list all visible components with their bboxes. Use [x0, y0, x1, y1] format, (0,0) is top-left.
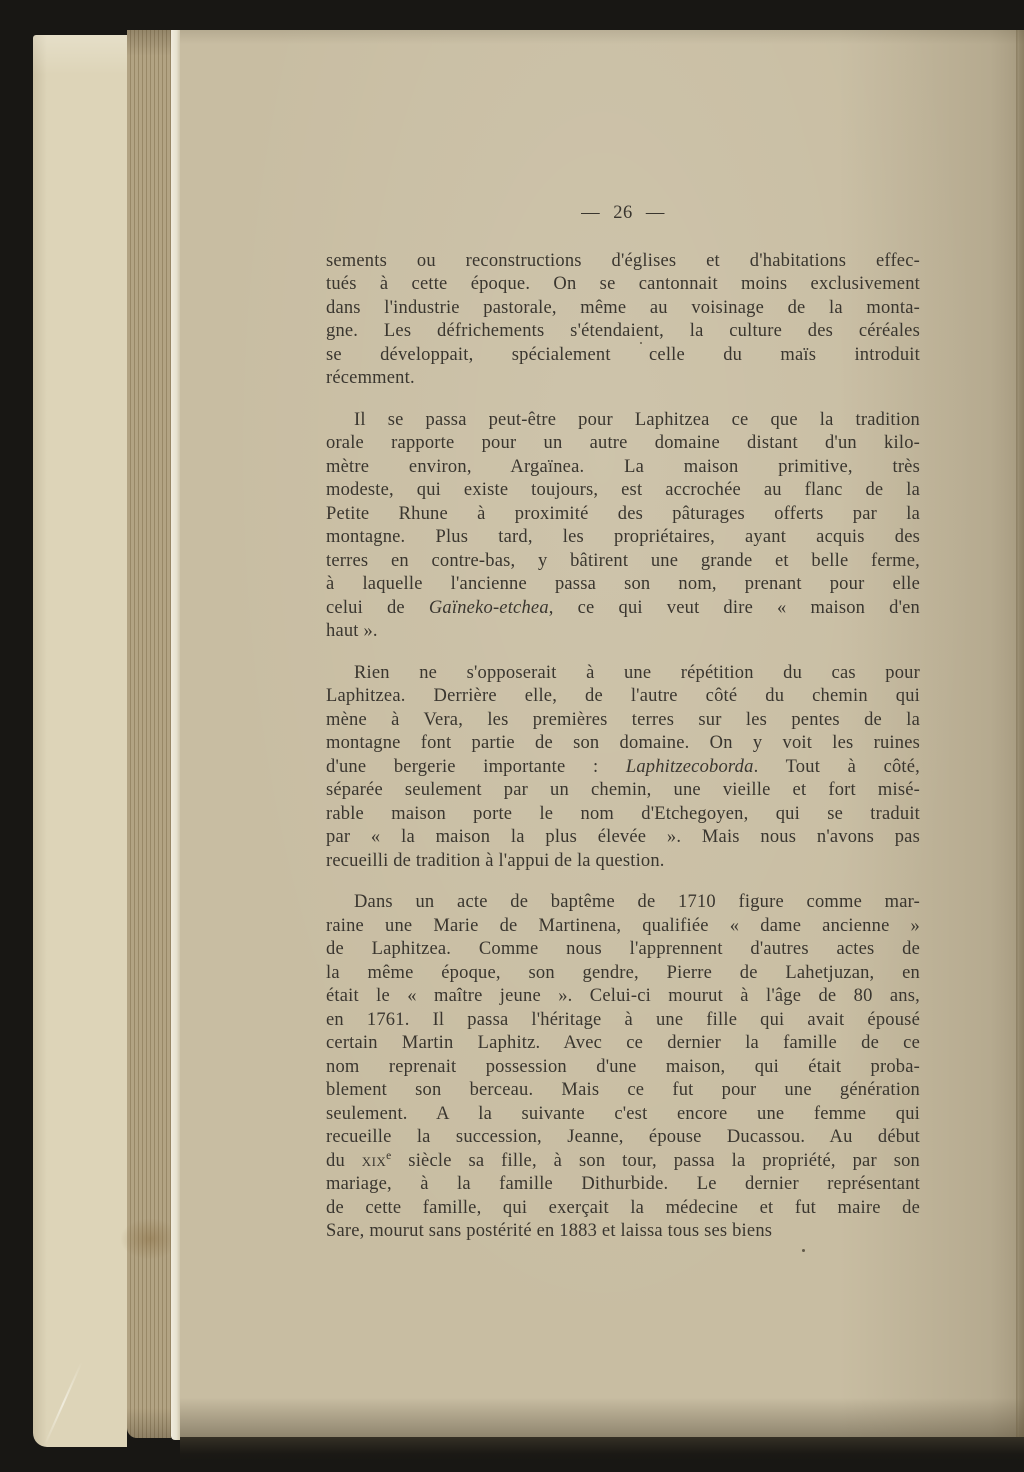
text-segment: orale rapporte pour un autre domaine dis…	[326, 433, 920, 453]
text-segment: à laquelle l'ancienne passa son nom, pre…	[326, 574, 920, 594]
text-segment: dans l'industrie pastorale, même au vois…	[326, 298, 920, 318]
text-segment: nom reprenait possession d'une maison, q…	[326, 1057, 920, 1077]
text-segment: Sare, mourut sans postérité en 1883 et l…	[326, 1221, 772, 1241]
text-line: raine une Marie de Martinena, qualifiée …	[326, 915, 920, 939]
text-segment: mariage, à la famille Dithurbide. Le der…	[326, 1174, 920, 1194]
text-line: de cette famille, qui exerçait la médeci…	[326, 1197, 920, 1221]
text-line: par « la maison la plus élevée ». Mais n…	[326, 826, 920, 850]
text-segment: certain Martin Laphitz. Avec ce dernier …	[326, 1033, 920, 1053]
text-line: Petite Rhune à proximité des pâturages o…	[326, 503, 920, 527]
text-segment: Petite Rhune à proximité des pâturages o…	[326, 504, 920, 524]
text-segment: récemment.	[326, 368, 415, 388]
text-segment: Laphitzea. Derrière elle, de l'autre côt…	[326, 686, 920, 706]
text-line: rable maison porte le nom d'Etchegoyen, …	[326, 803, 920, 827]
text-line: la même époque, son gendre, Pierre de La…	[326, 962, 920, 986]
page-number-header: — 26 —	[326, 202, 920, 226]
text-line: orale rapporte pour un autre domaine dis…	[326, 432, 920, 456]
text-line: montagne font partie de son domaine. On …	[326, 732, 920, 756]
text-segment: sements ou reconstructions d'églises et …	[326, 251, 920, 271]
text-line: Il se passa peut-être pour Laphitzea ce …	[326, 409, 920, 433]
text-segment: montagne. Plus tard, les propriétaires, …	[326, 527, 920, 547]
text-segment: Il se passa peut-être pour Laphitzea ce …	[354, 410, 920, 430]
text-line: du xixe siècle sa fille, à son tour, pas…	[326, 1150, 920, 1174]
text-line: récemment.	[326, 367, 920, 391]
text-line: recueille la succession, Jeanne, épouse …	[326, 1126, 920, 1150]
gutter-fold-line	[1016, 30, 1019, 1440]
paragraph: Il se passa peut-être pour Laphitzea ce …	[326, 409, 920, 644]
text-line: en 1761. Il passa l'héritage à une fille…	[326, 1009, 920, 1033]
text-segment: de cette famille, qui exerçait la médeci…	[326, 1198, 920, 1218]
text-line: d'une bergerie importante : Laphitzecobo…	[326, 756, 920, 780]
text-line: était le « maître jeune ». Celui-ci mour…	[326, 985, 920, 1009]
text-segment: se développait, spécialement celle du ma…	[326, 345, 920, 365]
text-segment: raine une Marie de Martinena, qualifiée …	[326, 916, 920, 936]
text-segment: blement son berceau. Mais ce fut pour un…	[326, 1080, 920, 1100]
text-segment: siècle sa fille, à son tour, passa la pr…	[391, 1151, 920, 1171]
paper-speck	[802, 1249, 805, 1252]
text-segment: mètre environ, Argaïnea. La maison primi…	[326, 457, 920, 477]
text-segment: mène à Vera, les premières terres sur le…	[326, 710, 920, 730]
text-line: Laphitzea. Derrière elle, de l'autre côt…	[326, 685, 920, 709]
text-segment: Laphitzecoborda	[626, 757, 754, 777]
text-segment: . Tout à côté,	[754, 757, 920, 777]
text-segment: Dans un acte de baptême de 1710 figure c…	[354, 892, 920, 912]
text-line: à laquelle l'ancienne passa son nom, pre…	[326, 573, 920, 597]
text-segment: seulement. A la suivante c'est encore un…	[326, 1104, 920, 1124]
text-line: Rien ne s'opposerait à une répétition du…	[326, 662, 920, 686]
paper-speck	[640, 342, 642, 344]
page-separator-strip	[171, 30, 180, 1440]
text-segment: tués à cette époque. On se cantonnait mo…	[326, 274, 920, 294]
text-line: terres en contre-bas, y bâtirent une gra…	[326, 550, 920, 574]
text-segment: Rien ne s'opposerait à une répétition du…	[354, 663, 920, 683]
text-line: sements ou reconstructions d'églises et …	[326, 250, 920, 274]
text-segment: gne. Les défrichements s'étendaient, la …	[326, 321, 920, 341]
text-line: Sare, mourut sans postérité en 1883 et l…	[326, 1220, 920, 1244]
text-line: mètre environ, Argaïnea. La maison primi…	[326, 456, 920, 480]
text-segment: terres en contre-bas, y bâtirent une gra…	[326, 551, 920, 571]
page-text: sements ou reconstructions d'églises et …	[326, 250, 920, 1244]
text-line: gne. Les défrichements s'étendaient, la …	[326, 320, 920, 344]
text-segment: la même époque, son gendre, Pierre de La…	[326, 963, 920, 983]
text-line: recueilli de tradition à l'appui de la q…	[326, 850, 920, 874]
page-text-block: — 26 — sements ou reconstructions d'égli…	[326, 202, 920, 1244]
text-segment: Gaïneko-etchea	[429, 598, 549, 618]
facing-page-edge	[33, 35, 127, 1447]
text-line: tués à cette époque. On se cantonnait mo…	[326, 273, 920, 297]
text-line: mariage, à la famille Dithurbide. Le der…	[326, 1173, 920, 1197]
text-line: blement son berceau. Mais ce fut pour un…	[326, 1079, 920, 1103]
text-line: séparée seulement par un chemin, une vie…	[326, 779, 920, 803]
gutter-shadow	[1019, 30, 1024, 1440]
text-line: se développait, spécialement celle du ma…	[326, 344, 920, 368]
text-segment: haut ».	[326, 621, 378, 641]
text-segment: recueilli de tradition à l'appui de la q…	[326, 851, 665, 871]
text-segment: recueille la succession, Jeanne, épouse …	[326, 1127, 920, 1147]
text-segment: celui de	[326, 598, 429, 618]
text-line: de Laphitzea. Comme nous l'apprennent d'…	[326, 938, 920, 962]
text-segment: montagne font partie de son domaine. On …	[326, 733, 920, 753]
page-bottom-shadow	[180, 1437, 1024, 1461]
paragraph: sements ou reconstructions d'églises et …	[326, 250, 920, 391]
text-segment: modeste, qui existe toujours, est accroc…	[326, 480, 920, 500]
book-scan: — 26 — sements ou reconstructions d'égli…	[0, 0, 1024, 1472]
paragraph: Rien ne s'opposerait à une répétition du…	[326, 662, 920, 874]
paragraph: Dans un acte de baptême de 1710 figure c…	[326, 891, 920, 1244]
text-line: dans l'industrie pastorale, même au vois…	[326, 297, 920, 321]
text-segment: par « la maison la plus élevée ». Mais n…	[326, 827, 920, 847]
text-segment: en 1761. Il passa l'héritage à une fille…	[326, 1010, 920, 1030]
text-segment: xix	[362, 1151, 386, 1171]
text-line: seulement. A la suivante c'est encore un…	[326, 1103, 920, 1127]
text-line: Dans un acte de baptême de 1710 figure c…	[326, 891, 920, 915]
text-line: montagne. Plus tard, les propriétaires, …	[326, 526, 920, 550]
text-segment: , ce qui veut dire « maison d'en	[549, 598, 920, 618]
text-segment: était le « maître jeune ». Celui-ci mour…	[326, 986, 920, 1006]
text-line: haut ».	[326, 620, 920, 644]
text-segment: du	[326, 1151, 362, 1171]
text-line: mène à Vera, les premières terres sur le…	[326, 709, 920, 733]
text-line: modeste, qui existe toujours, est accroc…	[326, 479, 920, 503]
book-page: — 26 — sements ou reconstructions d'égli…	[180, 30, 1024, 1440]
text-line: celui de Gaïneko-etchea, ce qui veut dir…	[326, 597, 920, 621]
text-segment: d'une bergerie importante :	[326, 757, 626, 777]
text-line: nom reprenait possession d'une maison, q…	[326, 1056, 920, 1080]
text-segment: de Laphitzea. Comme nous l'apprennent d'…	[326, 939, 920, 959]
text-segment: rable maison porte le nom d'Etchegoyen, …	[326, 804, 920, 824]
text-segment: séparée seulement par un chemin, une vie…	[326, 780, 920, 800]
text-line: certain Martin Laphitz. Avec ce dernier …	[326, 1032, 920, 1056]
